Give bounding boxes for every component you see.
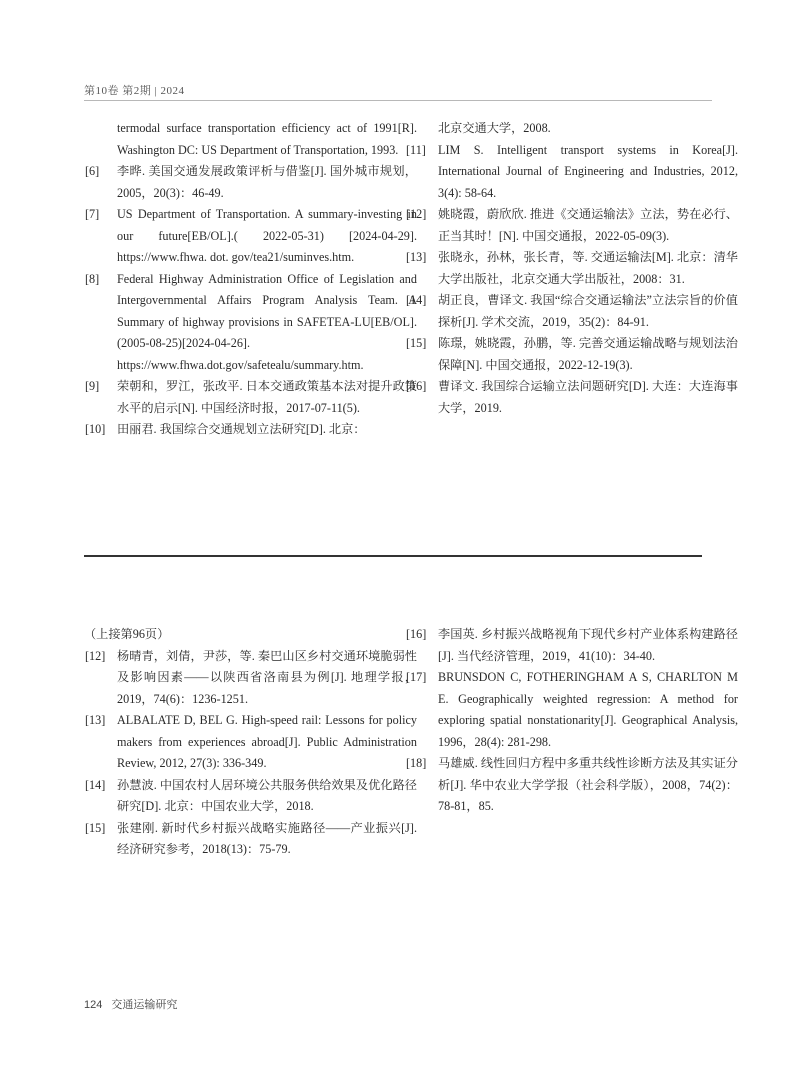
reference-continuation: 北京交通大学，2008. [438, 118, 738, 140]
reference-text: BRUNSDON C, FOTHERINGHAM A S, CHARLTON M… [438, 667, 738, 753]
reference-item: [15]张建刚. 新时代乡村振兴战略实施路径——产业振兴[J]. 经济研究参考，… [117, 818, 417, 861]
reference-item: [14]孙慧波. 中国农村人居环境公共服务供给效果及优化路径研究[D]. 北京：… [117, 775, 417, 818]
reference-item: [9]荣朝和，罗江，张改平. 日本交通政策基本法对提升政策水平的启示[N]. 中… [117, 376, 417, 419]
reference-number: [16] [406, 376, 438, 398]
reference-number: [10] [85, 419, 117, 441]
reference-text: 张建刚. 新时代乡村振兴战略实施路径——产业振兴[J]. 经济研究参考，2018… [117, 818, 417, 861]
reference-text: 马雄威. 线性回归方程中多重共线性诊断方法及其实证分析[J]. 华中农业大学学报… [438, 753, 738, 818]
reference-number: [16] [406, 624, 438, 646]
reference-text: 田丽君. 我国综合交通规划立法研究[D]. 北京： [117, 419, 417, 441]
reference-item: [14]胡正良，曹译文. 我国“综合交通运输法”立法宗旨的价值探析[J]. 学术… [438, 290, 738, 333]
reference-number: [15] [85, 818, 117, 840]
reference-text: Federal Highway Administration Office of… [117, 269, 417, 377]
reference-item: [12]姚晓霞，蔚欣欣. 推进《交通运输法》立法，势在必行、正当其时！[N]. … [438, 204, 738, 247]
reference-number: [11] [406, 140, 438, 162]
reference-item: [7]US Department of Transportation. A su… [117, 204, 417, 269]
reference-item: [8]Federal Highway Administration Office… [117, 269, 417, 377]
reference-item: [16]曹译文. 我国综合运输立法问题研究[D]. 大连：大连海事大学，2019… [438, 376, 738, 419]
reference-item: [12]杨晴青，刘倩，尹莎，等. 秦巴山区乡村交通环境脆弱性及影响因素——以陕西… [117, 646, 417, 711]
reference-number: [9] [85, 376, 117, 398]
header-rule [84, 100, 712, 101]
reference-number: [12] [406, 204, 438, 226]
references-bottom-right: [16]李国英. 乡村振兴战略视角下现代乡村产业体系构建路径[J]. 当代经济管… [438, 624, 738, 818]
references-bottom-left: （上接第96页） [12]杨晴青，刘倩，尹莎，等. 秦巴山区乡村交通环境脆弱性及… [117, 624, 417, 861]
reference-item: [15]陈璟，姚晓霞，孙鹏，等. 完善交通运输战略与规划法治保障[N]. 中国交… [438, 333, 738, 376]
reference-number: [17] [406, 667, 438, 689]
reference-text: 姚晓霞，蔚欣欣. 推进《交通运输法》立法，势在必行、正当其时！[N]. 中国交通… [438, 204, 738, 247]
reference-text: ALBALATE D, BEL G. High-speed rail: Less… [117, 710, 417, 775]
reference-text: 杨晴青，刘倩，尹莎，等. 秦巴山区乡村交通环境脆弱性及影响因素——以陕西省洛南县… [117, 646, 417, 711]
journal-name: 交通运输研究 [111, 999, 177, 1011]
reference-text: 李晔. 美国交通发展政策评析与借鉴[J]. 国外城市规划，2005，20(3)：… [117, 161, 417, 204]
continued-from-note: （上接第96页） [84, 624, 417, 646]
reference-text: 张晓永，孙林，张长青，等. 交通运输法[M]. 北京：清华大学出版社，北京交通大… [438, 247, 738, 290]
reference-text: 李国英. 乡村振兴战略视角下现代乡村产业体系构建路径[J]. 当代经济管理，20… [438, 624, 738, 667]
reference-item: [13]张晓永，孙林，张长青，等. 交通运输法[M]. 北京：清华大学出版社，北… [438, 247, 738, 290]
reference-number: [14] [406, 290, 438, 312]
reference-number: [13] [85, 710, 117, 732]
reference-item: [16]李国英. 乡村振兴战略视角下现代乡村产业体系构建路径[J]. 当代经济管… [438, 624, 738, 667]
reference-number: [8] [85, 269, 117, 291]
page-footer: 124 交通运输研究 [84, 996, 177, 1012]
reference-item: [11]LIM S. Intelligent transport systems… [438, 140, 738, 205]
references-top-right: 北京交通大学，2008. [11]LIM S. Intelligent tran… [438, 118, 738, 419]
reference-item: [17]BRUNSDON C, FOTHERINGHAM A S, CHARLT… [438, 667, 738, 753]
reference-number: [14] [85, 775, 117, 797]
reference-continuation: termodal surface transportation efficien… [117, 118, 417, 161]
reference-number: [15] [406, 333, 438, 355]
reference-number: [7] [85, 204, 117, 226]
reference-text: 荣朝和，罗江，张改平. 日本交通政策基本法对提升政策水平的启示[N]. 中国经济… [117, 376, 417, 419]
reference-number: [12] [85, 646, 117, 668]
reference-number: [18] [406, 753, 438, 775]
reference-text: 曹译文. 我国综合运输立法问题研究[D]. 大连：大连海事大学，2019. [438, 376, 738, 419]
reference-item: [6]李晔. 美国交通发展政策评析与借鉴[J]. 国外城市规划，2005，20(… [117, 161, 417, 204]
references-top-left: termodal surface transportation efficien… [117, 118, 417, 441]
running-header: 第10卷 第2期 | 2024 [84, 82, 184, 98]
reference-text: 胡正良，曹译文. 我国“综合交通运输法”立法宗旨的价值探析[J]. 学术交流，2… [438, 290, 738, 333]
reference-item: [18]马雄威. 线性回归方程中多重共线性诊断方法及其实证分析[J]. 华中农业… [438, 753, 738, 818]
page-number: 124 [84, 999, 102, 1011]
reference-text: 孙慧波. 中国农村人居环境公共服务供给效果及优化路径研究[D]. 北京：中国农业… [117, 775, 417, 818]
reference-text: LIM S. Intelligent transport systems in … [438, 140, 738, 205]
reference-number: [6] [85, 161, 117, 183]
reference-item: [10]田丽君. 我国综合交通规划立法研究[D]. 北京： [117, 419, 417, 441]
reference-text: US Department of Transportation. A summa… [117, 204, 417, 269]
reference-item: [13]ALBALATE D, BEL G. High-speed rail: … [117, 710, 417, 775]
reference-number: [13] [406, 247, 438, 269]
reference-text: 陈璟，姚晓霞，孙鹏，等. 完善交通运输战略与规划法治保障[N]. 中国交通报，2… [438, 333, 738, 376]
section-divider [84, 555, 702, 557]
